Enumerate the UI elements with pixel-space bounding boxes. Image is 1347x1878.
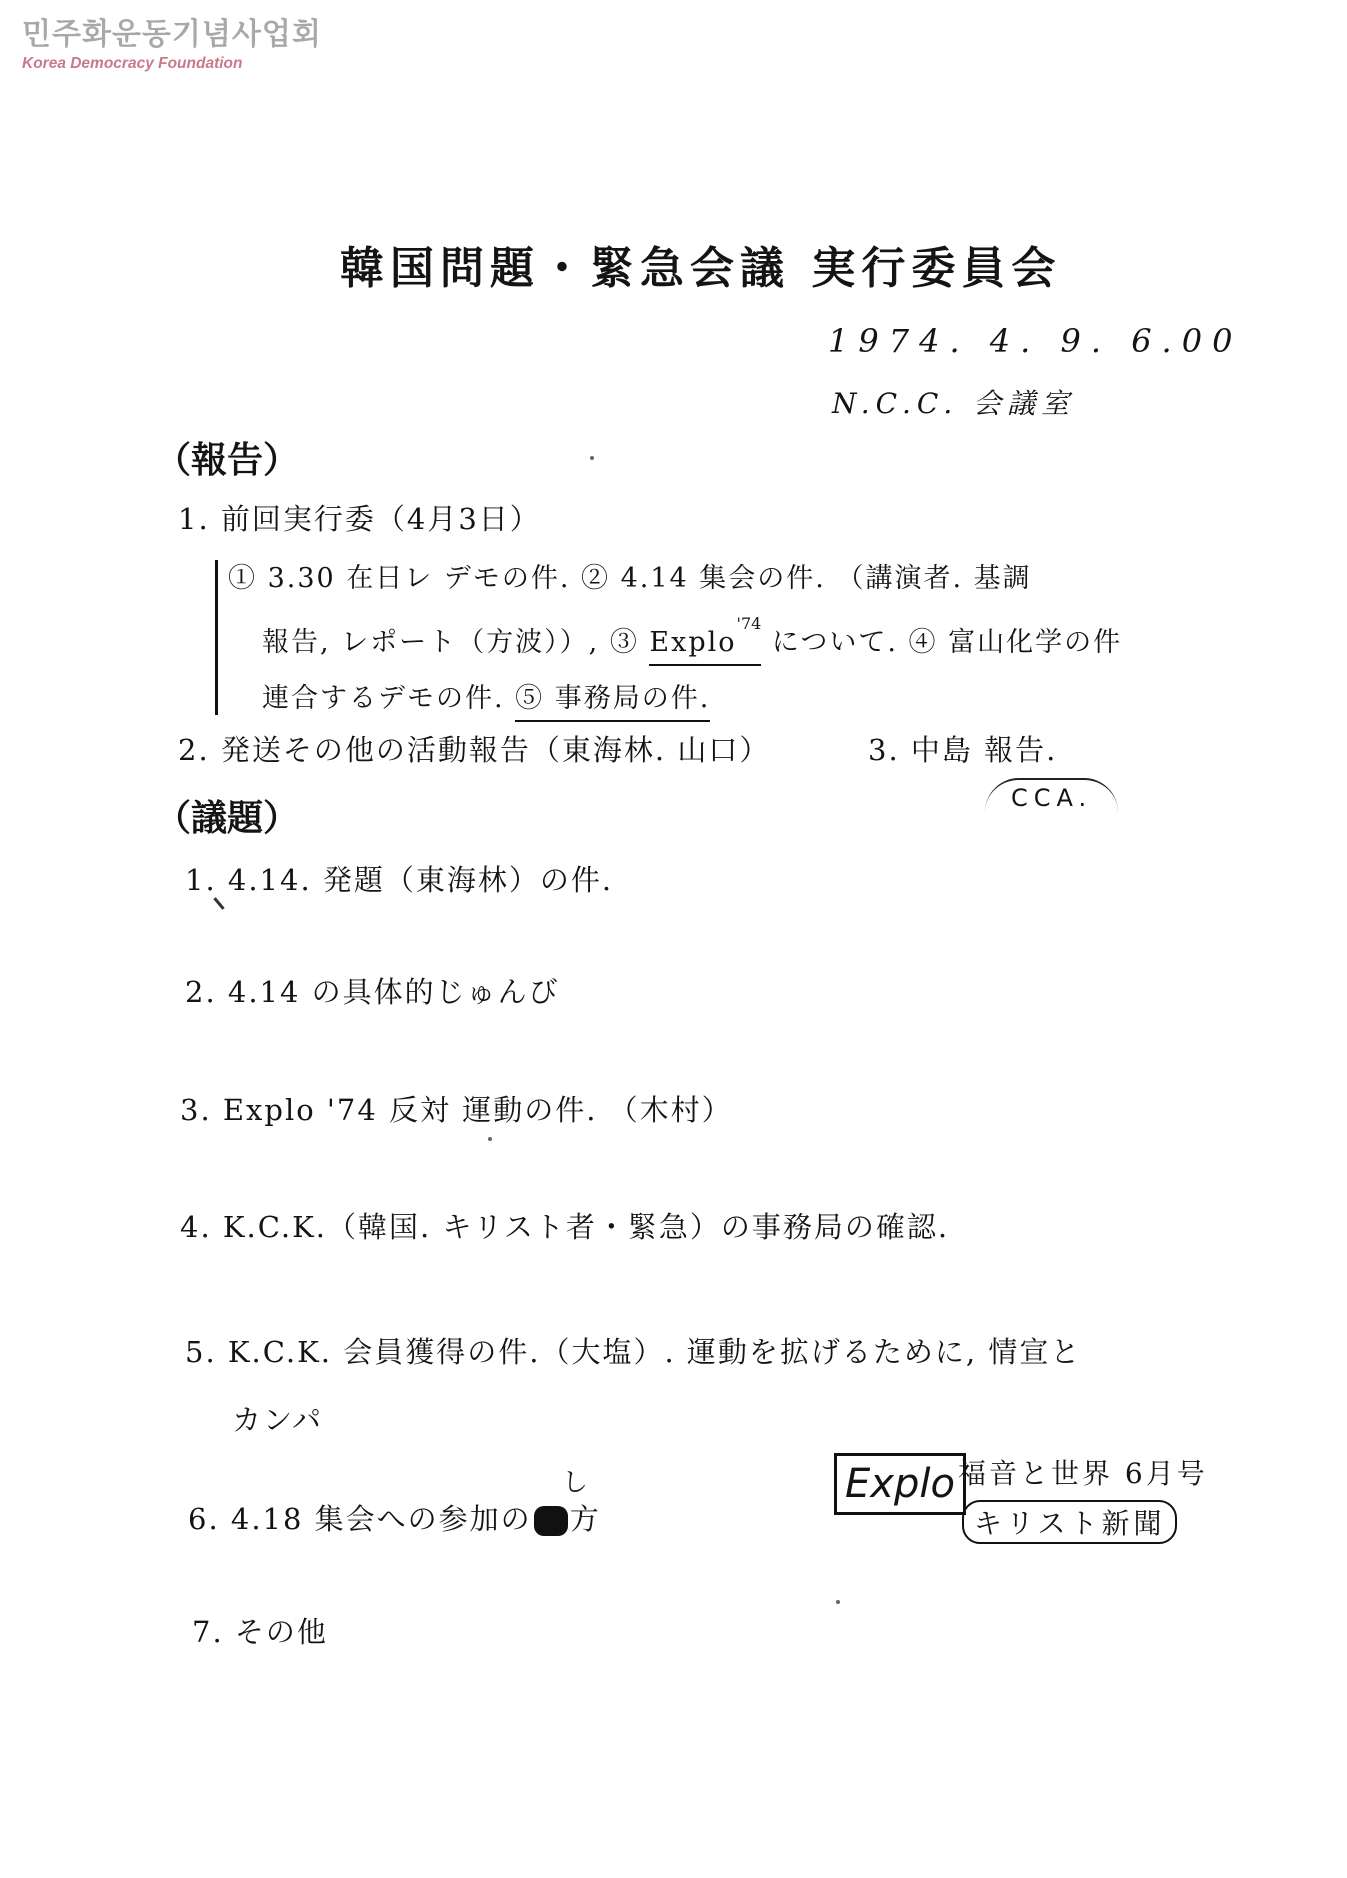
agenda-item-7: 7. その他	[192, 1610, 328, 1651]
meeting-place: N.C.C. 会議室	[832, 382, 1075, 422]
agenda-item-6-insertion: し	[562, 1462, 590, 1499]
agenda-heading: （議題）	[155, 790, 299, 841]
secretariat-underlined: ⑤ 事務局の件.	[515, 683, 710, 722]
ink-blot-strikeout	[534, 1506, 568, 1536]
explo-text: Explo	[649, 627, 736, 658]
report-item-1-line-3: 連合するデモの件. ⑤ 事務局の件.	[262, 676, 710, 715]
agenda-item-2: 2. 4.14 の具体的じゅんび	[185, 970, 560, 1011]
scan-speck	[488, 1137, 492, 1141]
scan-speck	[590, 456, 594, 460]
agenda-item-1: 1. 4.14. 発題（東海林）の件.	[185, 858, 613, 899]
report-item-3: 3. 中島 報告.	[868, 728, 1057, 769]
margin-tick-mark	[213, 897, 224, 910]
line-3-part-a: 連合するデモの件.	[262, 683, 515, 714]
explo-paren-note: キリスト新聞	[962, 1500, 1177, 1544]
report-item-2: 2. 発送その他の活動報告（東海林. 山口）	[178, 728, 770, 769]
foundation-logo: 민주화운동기념사업회 Korea Democracy Foundation	[22, 18, 322, 74]
explo-year-superscript: '74	[737, 614, 762, 633]
agenda-item-6-text: 6. 4.18 集会への参加の	[188, 1502, 532, 1536]
line-2-part-a: 報告, レポート（方波））, ③	[262, 627, 649, 658]
report-item-3-note: CCA.	[985, 778, 1118, 812]
explo-underlined: Explo'74	[649, 627, 761, 666]
line-2-part-b: について. ④ 富山化学の件	[761, 627, 1122, 658]
agenda-item-6: 6. 4.18 集会への参加の方	[188, 1497, 601, 1538]
report-item-1: 1. 前回実行委（4月3日）	[178, 497, 541, 538]
agenda-item-5-continued: カンパ	[232, 1398, 323, 1439]
sub-items-bracket	[215, 560, 228, 715]
agenda-item-5: 5. K.C.K. 会員獲得の件.（大塩）. 運動を拡げるために, 情宣と	[185, 1330, 1081, 1371]
explo-note: 福音と世界 6月号	[958, 1452, 1208, 1492]
meeting-date: 1974. 4. 9. 6.00	[828, 322, 1242, 360]
explo-boxed-label: Explo	[834, 1453, 966, 1515]
agenda-item-3: 3. Explo '74 反対 運動の件. （木村）	[180, 1088, 733, 1129]
report-heading: （報告）	[155, 432, 299, 483]
agenda-item-4: 4. K.C.K.（韓国. キリスト者・緊急）の事務局の確認.	[180, 1205, 949, 1246]
report-item-1-line-2: 報告, レポート（方波））, ③ Explo'74 について. ④ 富山化学の件	[262, 620, 1122, 659]
scan-speck	[836, 1600, 840, 1604]
logo-korean-text: 민주화운동기념사업회	[22, 18, 322, 52]
logo-english-text: Korea Democracy Foundation	[22, 54, 322, 74]
document-title: 韓国問題・緊急会議 実行委員会	[340, 232, 1061, 296]
report-item-1-line-1: ① 3.30 在日レ デモの件. ② 4.14 集会の件. （講演者. 基調	[228, 556, 1032, 595]
agenda-item-6-end: 方	[570, 1502, 601, 1536]
